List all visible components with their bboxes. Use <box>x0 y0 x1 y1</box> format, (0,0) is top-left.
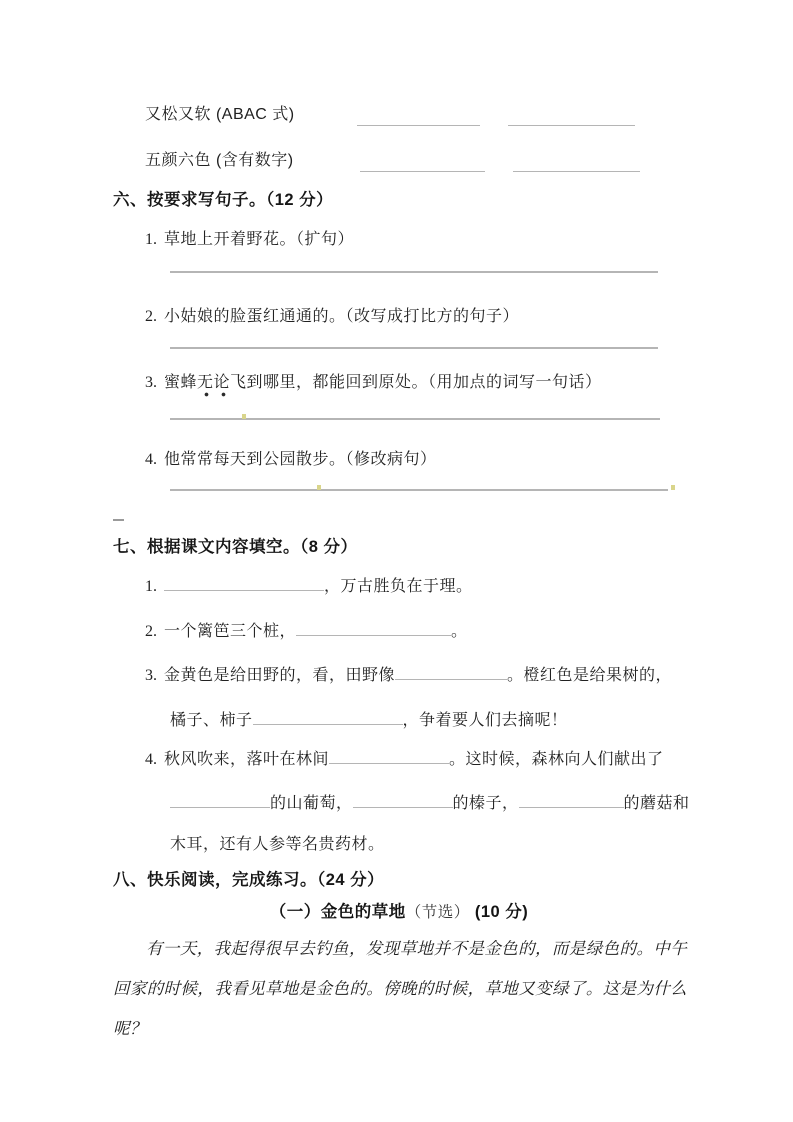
reading-index: （一） <box>270 903 321 921</box>
question-7-1: 1.，万古胜负在于理。 <box>145 573 473 596</box>
question-number: 4. <box>145 751 157 768</box>
answer-blank <box>360 171 485 172</box>
question-6-1: 1.草地上开着野花。（扩句） <box>145 226 354 249</box>
question-text: 的山葡萄， <box>270 795 353 812</box>
question-number: 2. <box>145 623 157 640</box>
question-7-4-line1: 4.秋风吹来，落叶在林间。这时候，森林向人们献出了 <box>145 746 664 769</box>
ink-speck <box>242 414 246 419</box>
question-text-pre: 秋风吹来，落叶在林间 <box>164 751 329 768</box>
worksheet-page: 又松又软 (ABAC 式) 五颜六色 (含有数字) 六、按要求写句子。（12 分… <box>0 0 793 1122</box>
question-number: 1. <box>145 231 157 248</box>
fill-blank <box>519 791 624 808</box>
question-text-pre: 一个篱笆三个桩， <box>164 623 296 640</box>
ink-speck <box>317 485 321 490</box>
question-number: 1. <box>145 578 157 595</box>
answer-line <box>170 271 658 273</box>
question-7-2: 2.一个篱笆三个桩，。 <box>145 618 468 641</box>
question-text-post: ，争着要人们去摘呢！ <box>403 712 568 729</box>
answer-line <box>170 418 660 420</box>
question-text-post: 。橙红色是给果树的， <box>507 667 672 684</box>
question-7-3-line2: 橘子、柿子，争着要人们去摘呢！ <box>170 707 568 730</box>
section-seven-heading: 七、根据课文内容填空。（8 分） <box>113 533 358 557</box>
reading-title: 金色的草地 <box>321 903 406 921</box>
question-text-post: 飞到哪里，都能回到原处。（用加点的词写一句话） <box>230 374 602 391</box>
question-text: 小姑娘的脸蛋红通通的。（改写成打比方的句子） <box>164 308 519 325</box>
question-text: 草地上开着野花。（扩句） <box>164 231 354 248</box>
question-text-pre: 蜜蜂 <box>164 374 197 391</box>
answer-blank <box>508 125 635 126</box>
fill-blank <box>395 663 507 680</box>
question-number: 2. <box>145 308 157 325</box>
fill-blank <box>170 791 270 808</box>
answer-line <box>170 347 658 349</box>
question-number: 3. <box>145 374 157 391</box>
question-7-3-line1: 3.金黄色是给田野的，看，田野像。橙红色是给果树的， <box>145 662 672 685</box>
question-text-pre: 金黄色是给田野的，看，田野像 <box>164 667 395 684</box>
reading-passage: 有一天，我起得很早去钓鱼，发现草地并不是金色的，而是绿色的。中午回家的时候，我看… <box>113 929 687 1049</box>
emphasized-word: 无论 <box>197 374 230 397</box>
section-eight-heading: 八、快乐阅读，完成练习。（24 分） <box>113 866 384 890</box>
fill-blank <box>329 747 449 764</box>
scan-artifact-dash <box>113 519 124 521</box>
answer-line <box>170 489 668 491</box>
word-label: 五颜六色 (含有数字) <box>145 147 294 170</box>
answer-blank <box>513 171 640 172</box>
reading-score: (10 分) <box>475 903 528 921</box>
question-text: 的蘑菇和 <box>624 795 690 812</box>
fill-blank <box>296 619 451 636</box>
reading-subtitle: （一）金色的草地（节选） (10 分) <box>113 898 685 922</box>
question-7-4-line2: 的山葡萄，的榛子，的蘑菇和 <box>170 790 690 813</box>
question-text: ，万古胜负在于理。 <box>324 578 473 595</box>
question-6-2: 2.小姑娘的脸蛋红通通的。（改写成打比方的句子） <box>145 303 519 326</box>
question-7-4-line3: 木耳，还有人参等名贵药材。 <box>170 831 385 854</box>
question-number: 3. <box>145 667 157 684</box>
fill-blank <box>353 791 453 808</box>
word-label: 又松又软 (ABAC 式) <box>145 101 295 124</box>
question-text: 木耳，还有人参等名贵药材。 <box>170 836 385 853</box>
question-text: 他常常每天到公园散步。（修改病句） <box>164 451 437 468</box>
question-text-post: 。这时候，森林向人们献出了 <box>449 751 664 768</box>
fill-blank <box>164 574 324 591</box>
question-text-post: 。 <box>451 623 468 640</box>
question-6-3: 3.蜜蜂无论飞到哪里，都能回到原处。（用加点的词写一句话） <box>145 369 602 392</box>
question-text: 的榛子， <box>453 795 519 812</box>
answer-blank <box>357 125 480 126</box>
fill-blank <box>253 708 403 725</box>
question-number: 4. <box>145 451 157 468</box>
reading-note: （节选） <box>406 904 470 921</box>
word-row-abac: 又松又软 (ABAC 式) <box>0 101 793 146</box>
question-text-pre: 橘子、柿子 <box>170 712 253 729</box>
ink-speck <box>671 485 675 490</box>
question-6-4: 4.他常常每天到公园散步。（修改病句） <box>145 446 437 469</box>
section-six-heading: 六、按要求写句子。（12 分） <box>113 186 333 210</box>
